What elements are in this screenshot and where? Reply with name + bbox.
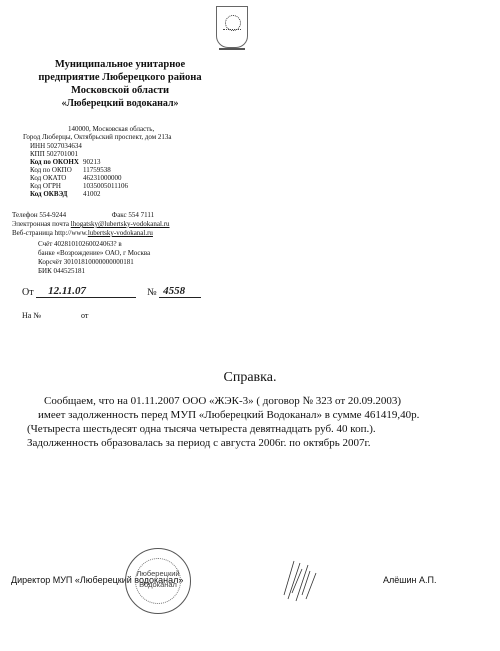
org-line: Муниципальное унитарное: [20, 58, 220, 71]
code-row: Код ОГРН1035005011106: [30, 182, 128, 190]
phone: Телефон 554-9244: [12, 211, 66, 219]
document-body: Сообщаем, что на 01.11.2007 ООО «ЖЭК-3» …: [30, 394, 419, 450]
bank-details: Счёт 40281010260024063? в банке «Возрожд…: [38, 240, 150, 276]
phone-fax-line: Телефон 554-9244 Факс 554 7111: [12, 211, 170, 220]
code-row: Код по ОКОНХ90213: [30, 158, 128, 166]
handwritten-signature-icon: [280, 555, 320, 605]
body-line: Задолженность образовалась за период с а…: [27, 436, 419, 450]
address-line-2: Город Люберцы, Октябрьский проспект, дом…: [23, 133, 172, 142]
outgoing-reference: От 12.11.07 № 4558: [22, 285, 201, 298]
incoming-reference: На № от: [22, 311, 88, 320]
code-row: КПП 502701001: [30, 150, 128, 158]
signatory-name: Алёшин А.П.: [383, 575, 436, 585]
code-row: Код ОКВЭД41002: [30, 190, 128, 198]
fax: Факс 554 7111: [112, 211, 154, 219]
org-line: Московской области: [20, 84, 220, 97]
organization-header: Муниципальное унитарное предприятие Любе…: [20, 58, 220, 110]
code-row: ИНН 5027034634: [30, 142, 128, 150]
body-line: (Четыреста шестьдесят одна тысяча четыре…: [27, 422, 419, 436]
body-line: имеет задолженность перед МУП «Люберецки…: [30, 408, 419, 422]
emblem-detail: [223, 29, 241, 38]
contact-block: Телефон 554-9244 Факс 554 7111 Электронн…: [12, 211, 170, 238]
email-line: Электронная почта lhogatsky@lubertsky-vo…: [12, 220, 170, 229]
org-line: «Люберецкий водоканал»: [20, 97, 220, 110]
web-link[interactable]: lubertsky-vodokanal.ru: [88, 229, 153, 237]
org-line: предприятие Люберецкого района: [20, 71, 220, 84]
email-link[interactable]: lhogatsky@lubertsky-vodokanal.ru: [71, 220, 170, 228]
stamp-icon: Люберецкий Водоканал: [125, 548, 191, 614]
emblem-base: [219, 48, 245, 50]
code-row: Код по ОКПО11759538: [30, 166, 128, 174]
document-title: Справка.: [0, 370, 500, 386]
code-row: Код ОКАТО46231000000: [30, 174, 128, 182]
coat-of-arms-icon: [216, 6, 248, 48]
date-field: 12.11.07: [36, 285, 136, 298]
body-line: Сообщаем, что на 01.11.2007 ООО «ЖЭК-3» …: [30, 394, 419, 408]
web-line: Веб-страница http://www.lubertsky-vodoka…: [12, 229, 170, 238]
codes-table: ИНН 5027034634 КПП 502701001 Код по ОКОН…: [30, 142, 128, 198]
number-field: 4558: [159, 285, 201, 298]
